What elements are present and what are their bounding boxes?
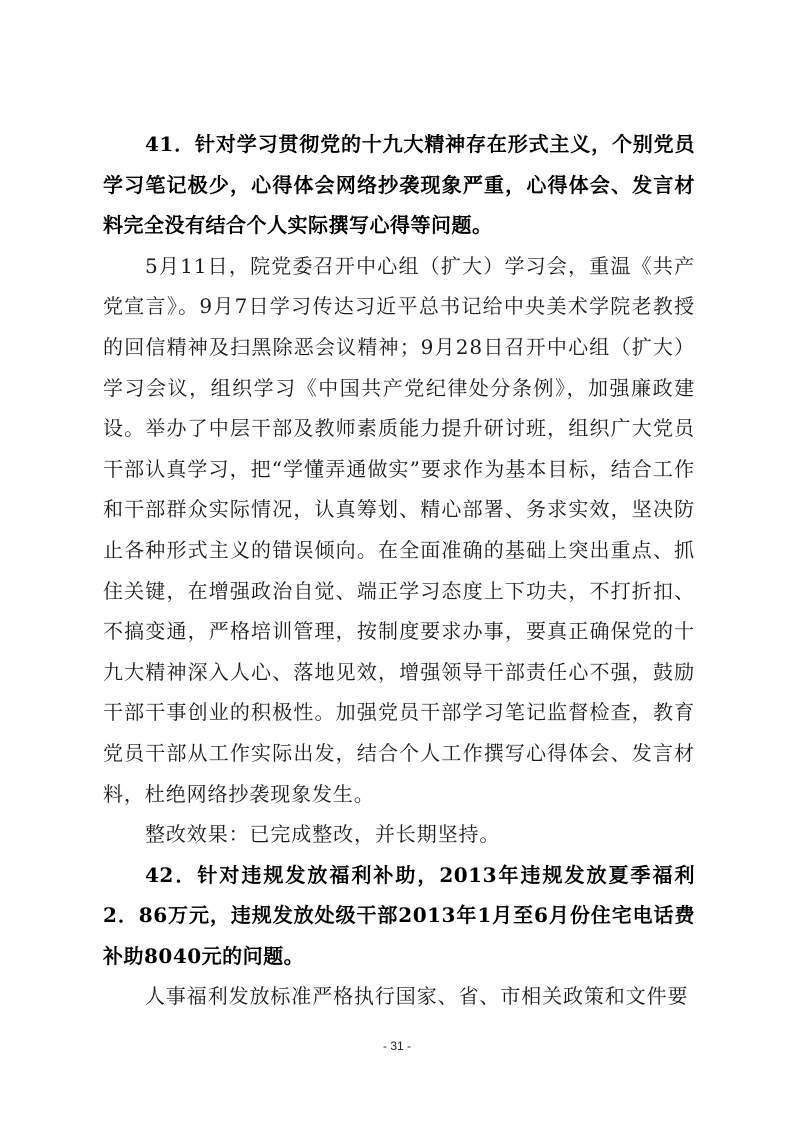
page-number: - 31 - [0, 1039, 794, 1053]
item-41-heading: 41．针对学习贯彻党的十九大精神存在形式主义，个别党员学习笔记极少，心得体会网络… [103, 124, 695, 246]
item-42-heading: 42．针对违规发放福利补助，2013年违规发放夏季福利2．86万元，违规发放处级… [103, 855, 695, 977]
document-page: 41．针对学习贯彻党的十九大精神存在形式主义，个别党员学习笔记极少，心得体会网络… [103, 124, 695, 1017]
item-41-body: 5月11日，院党委召开中心组（扩大）学习会，重温《共产党宣言》。9月7日学习传达… [103, 246, 695, 814]
item-41-result: 整改效果：已完成整改，并长期坚持。 [103, 814, 695, 855]
item-42-body: 人事福利发放标准严格执行国家、省、市相关政策和文件要 [103, 976, 695, 1017]
